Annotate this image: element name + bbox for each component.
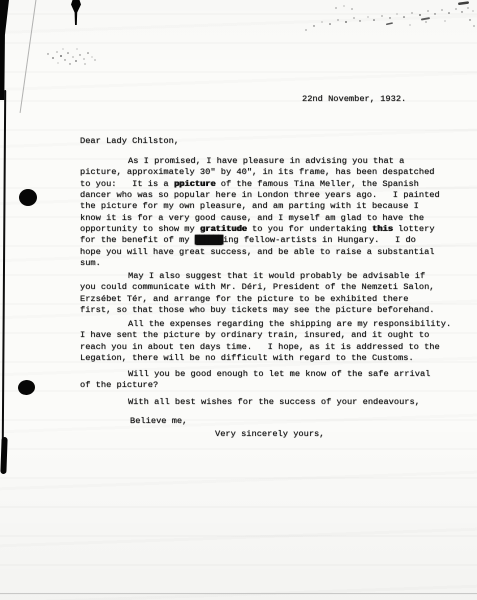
letter-line: All the expenses regarding the shipping …: [80, 319, 451, 330]
redacted-word: ██████: [195, 235, 223, 245]
letter-line: I have sent the picture by ordinary trai…: [80, 330, 451, 341]
page-bottom-edge: [0, 593, 477, 594]
letter-line: reach you in about ten days time. I hope…: [80, 342, 451, 353]
scanned-letter-page: 22nd November, 1932. Dear Lady Chilston,…: [0, 0, 477, 600]
letter-text: for the benefit of my: [80, 235, 195, 245]
letter-text: of the famous Tina Meller, the Spanish: [216, 179, 419, 189]
letter-text: ing fellow-artists in Hungary. I do: [223, 235, 416, 245]
letter-signoff: Very sincerely yours,: [215, 429, 324, 440]
letter-line: to you: It is a ppicture of the famous T…: [80, 179, 440, 190]
paragraph-1: As I promised, I have pleasure in advisi…: [80, 156, 440, 269]
letter-text: to you for undertaking: [247, 224, 372, 234]
pencil-smudge-left: [40, 40, 102, 70]
letter-line: for the benefit of my ██████ing fellow-a…: [80, 235, 440, 246]
letter-line: the picture for my own pleasure, and am …: [80, 201, 440, 212]
letter-line: picture, approximately 30" by 40", in it…: [80, 167, 440, 178]
letter-line: know it is for a very good cause, and I …: [80, 213, 440, 224]
letter-line: dancer who was so popular here in London…: [80, 190, 440, 201]
paragraph-5: With all best wishes for the success of …: [80, 397, 420, 408]
letter-line: sum.: [80, 258, 440, 269]
overstruck-word: this: [372, 224, 393, 234]
paragraph-2: May I also suggest that it would probabl…: [80, 271, 435, 316]
letter-line: Will you be good enough to let me know o…: [80, 369, 430, 380]
letter-text: to you: It is a: [80, 179, 174, 189]
paragraph-3: All the expenses regarding the shipping …: [80, 319, 451, 364]
paragraph-4: Will you be good enough to let me know o…: [80, 369, 430, 392]
letter-date: 22nd November, 1932.: [302, 94, 406, 105]
left-edge-ink-blob: [0, 437, 7, 474]
hole-punch-bottom: [17, 379, 36, 396]
letter-line: As I promised, I have pleasure in advisi…: [80, 156, 440, 167]
letter-text: opportunity to show my: [80, 224, 200, 234]
hole-punch-top: [19, 189, 37, 206]
letter-line: of the picture?: [80, 380, 430, 391]
letter-line: Legation, there will be no difficult wit…: [80, 353, 451, 364]
paper-crease-line: [20, 0, 37, 113]
left-edge-scan-bar: [0, 0, 9, 100]
letter-salutation: Dear Lady Chilston,: [80, 136, 179, 147]
letter-text: lottery: [393, 224, 435, 234]
letter-believe-me: Believe me,: [130, 416, 187, 427]
overstruck-word: gratitude: [200, 224, 247, 234]
left-edge-crease-line: [2, 90, 7, 445]
top-ink-blot: [71, 0, 81, 25]
letter-line: first, so that those who buy tickets may…: [80, 305, 435, 316]
letter-line: Erzsébet Tér, and arrange for the pictur…: [80, 294, 435, 305]
letter-line: hope you will have great success, and be…: [80, 247, 440, 258]
letter-line: May I also suggest that it would probabl…: [80, 271, 435, 282]
overstruck-word: ppicture: [174, 179, 216, 189]
letter-line: opportunity to show my gratitude to you …: [80, 224, 440, 235]
speckle-noise-top-right: [300, 0, 477, 38]
letter-line: you could communicate with Mr. Déri, Pre…: [80, 282, 435, 293]
letter-line: With all best wishes for the success of …: [80, 397, 420, 408]
